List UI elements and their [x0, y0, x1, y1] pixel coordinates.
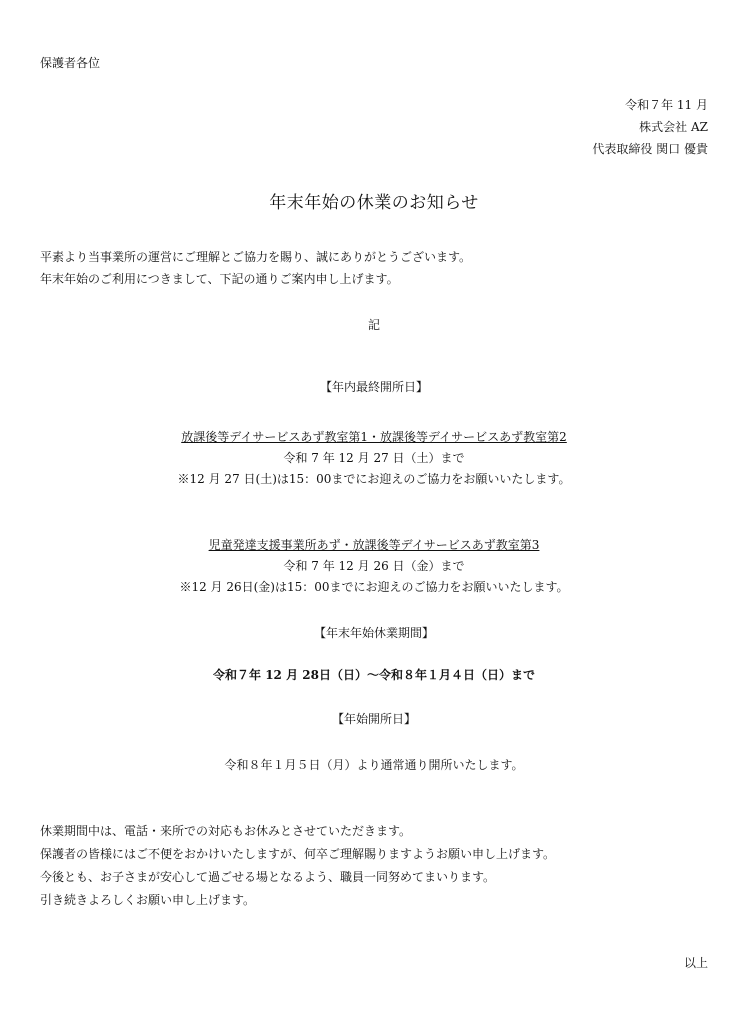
closing-line-3: 今後とも、お子さまが安心して過ごせる場となるよう、職員一同努めてまいります。: [40, 868, 495, 885]
group1-date: 令和 7 年 12 月 27 日（土）まで: [0, 449, 748, 466]
end-mark: 以上: [684, 954, 708, 971]
group2-note: ※12 月 26日(金)は15：00までにお迎えのご協力をお願いいたします。: [0, 578, 748, 595]
company-name: 株式会社 AZ: [639, 118, 708, 135]
closing-line-2: 保護者の皆様にはご不便をおかけいたしますが、何卒ご理解賜りますようお願い申し上げ…: [40, 845, 555, 862]
last-open-heading: 【年内最終開所日】: [0, 378, 748, 395]
closing-line-1: 休業期間中は、電話・来所での対応もお休みとさせていただきます。: [40, 822, 411, 839]
representative: 代表取締役 関口 優貴: [592, 140, 708, 157]
ki-heading: 記: [0, 316, 748, 333]
group1-facilities: 放課後等デイサービスあず教室第1・放課後等デイサービスあず教室第2: [181, 430, 567, 444]
closure-heading: 【年末年始休業期間】: [0, 624, 748, 641]
addressee: 保護者各位: [40, 54, 100, 71]
intro-line-1: 平素より当事業所の運営にご理解とご協力を賜り、誠にありがとうございます。: [40, 248, 471, 265]
closure-period: 令和７年 12 月 28日（日）～令和８年１月４日（日）まで: [0, 666, 748, 683]
page-title: 年末年始の休業のお知らせ: [0, 188, 748, 213]
issue-date: 令和７年 11 月: [625, 96, 708, 113]
reopen-heading: 【年始開所日】: [0, 710, 748, 727]
intro-line-2: 年末年始のご利用につきまして、下記の通りご案内申し上げます。: [40, 270, 399, 287]
group1-note: ※12 月 27 日(土)は15：00までにお迎えのご協力をお願いいたします。: [0, 470, 748, 487]
group2-facilities: 児童発達支援事業所あず・放課後等デイサービスあず教室第3: [209, 538, 540, 552]
group2-date: 令和 7 年 12 月 26 日（金）まで: [0, 557, 748, 574]
reopen-text: 令和８年１月５日（月）より通常通り開所いたします。: [0, 756, 748, 773]
closing-line-4: 引き続きよろしくお願い申し上げます。: [40, 891, 255, 908]
